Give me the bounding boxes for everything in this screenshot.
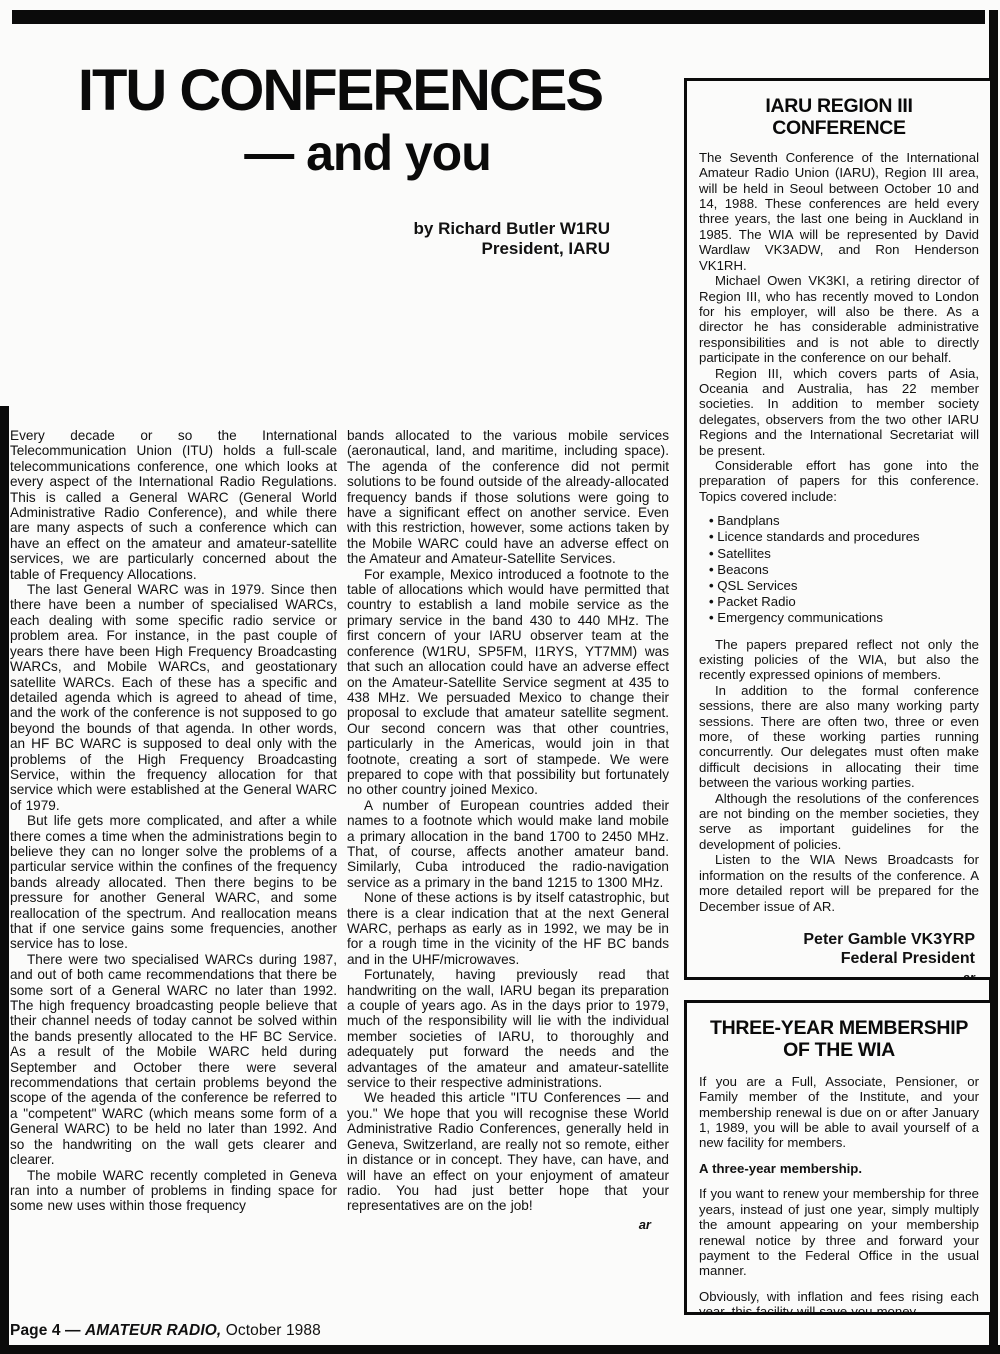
byline-role: President, IARU [300, 239, 610, 259]
box-title-line2: OF THE WIA [699, 1039, 979, 1061]
topic-bullet-item: Emergency communications [709, 610, 979, 626]
article-headline: ITU CONFERENCES — and you [30, 62, 650, 178]
article-paragraph: bands allocated to the various mobile se… [347, 428, 669, 567]
footer-magazine-name: AMATEUR RADIO, [85, 1322, 221, 1339]
article-paragraph: Every decade or so the International Tel… [10, 428, 337, 582]
byline: by Richard Butler W1RU President, IARU [300, 219, 610, 259]
topic-bullet-item: Packet Radio [709, 594, 979, 610]
article-end-mark: ar [347, 1217, 669, 1232]
topic-bullet-item: Satellites [709, 546, 979, 562]
sidebar: IARU REGION III CONFERENCE The Seventh C… [684, 78, 993, 1315]
article-paragraph: A number of European countries added the… [347, 798, 669, 890]
box-paragraph: The Seventh Conference of the Internatio… [699, 150, 979, 273]
topic-bullet-item: Beacons [709, 562, 979, 578]
magazine-page: ITU CONFERENCES — and you by Richard But… [0, 0, 1000, 1354]
topic-bullet-item: QSL Services [709, 578, 979, 594]
signature-role: Federal President [699, 949, 975, 969]
article-paragraph: There were two specialised WARCs during … [10, 952, 337, 1168]
topic-bullet-item: Bandplans [709, 513, 979, 529]
box-paragraph: The papers prepared reflect not only the… [699, 637, 979, 683]
topic-bullet-item: Licence standards and procedures [709, 529, 979, 545]
box-paragraph: Considerable effort has gone into the pr… [699, 458, 979, 504]
headline-line2: — and you [30, 128, 650, 178]
box-paragraph: Although the resolutions of the conferen… [699, 791, 979, 853]
box-end-mark: ar [699, 970, 979, 980]
scan-edge-left [0, 406, 9, 1354]
article-paragraph: None of these actions is by itself catas… [347, 890, 669, 967]
box-title: IARU REGION III CONFERENCE [699, 95, 979, 140]
article-paragraph: Fortunately, having previously read that… [347, 967, 669, 1090]
three-year-membership-box: THREE-YEAR MEMBERSHIP OF THE WIA If you … [684, 1000, 993, 1315]
article-paragraph: But life gets more complicated, and afte… [10, 813, 337, 952]
iaru-region3-conference-box: IARU REGION III CONFERENCE The Seventh C… [684, 78, 993, 980]
article-paragraph: The mobile WARC recently completed in Ge… [10, 1168, 337, 1214]
box-paragraph: If you want to renew your membership for… [699, 1186, 979, 1278]
box-title-line1: IARU REGION III [699, 95, 979, 117]
footer-issue-date: October 1988 [221, 1322, 321, 1339]
box-paragraph: In addition to the formal conference ses… [699, 683, 979, 791]
scan-edge-bottom [0, 1345, 1000, 1354]
box-paragraph: Listen to the WIA News Broadcasts for in… [699, 852, 979, 914]
byline-author: by Richard Butler W1RU [300, 219, 610, 239]
box-paragraph: Obviously, with inflation and fees risin… [699, 1289, 979, 1315]
scan-edge-top [12, 10, 985, 24]
article-paragraph: The last General WARC was in 1979. Since… [10, 582, 337, 813]
article-paragraph: We headed this article "ITU Conferences … [347, 1090, 669, 1213]
signature-block: Peter Gamble VK3YRP Federal President [699, 930, 979, 969]
headline-line1: ITU CONFERENCES [30, 62, 650, 120]
box-paragraph: Region III, which covers parts of Asia, … [699, 366, 979, 458]
footer-page-number: Page 4 — [10, 1322, 85, 1339]
box-title-line2: CONFERENCE [699, 117, 979, 139]
box-subheading: A three-year membership. [699, 1161, 979, 1176]
page-footer: Page 4 — AMATEUR RADIO, October 1988 [10, 1322, 321, 1340]
article-column-2: bands allocated to the various mobile se… [347, 428, 669, 1232]
topics-list: Bandplans Licence standards and procedur… [699, 513, 979, 626]
box-paragraph: If you are a Full, Associate, Pensioner,… [699, 1074, 979, 1151]
article-paragraph: For example, Mexico introduced a footnot… [347, 567, 669, 798]
signature-name: Peter Gamble VK3YRP [699, 930, 975, 950]
box-title-line1: THREE-YEAR MEMBERSHIP [699, 1017, 979, 1039]
box-title: THREE-YEAR MEMBERSHIP OF THE WIA [699, 1017, 979, 1062]
box-paragraph: Michael Owen VK3KI, a retiring director … [699, 273, 979, 365]
article-column-1: Every decade or so the International Tel… [10, 428, 337, 1214]
